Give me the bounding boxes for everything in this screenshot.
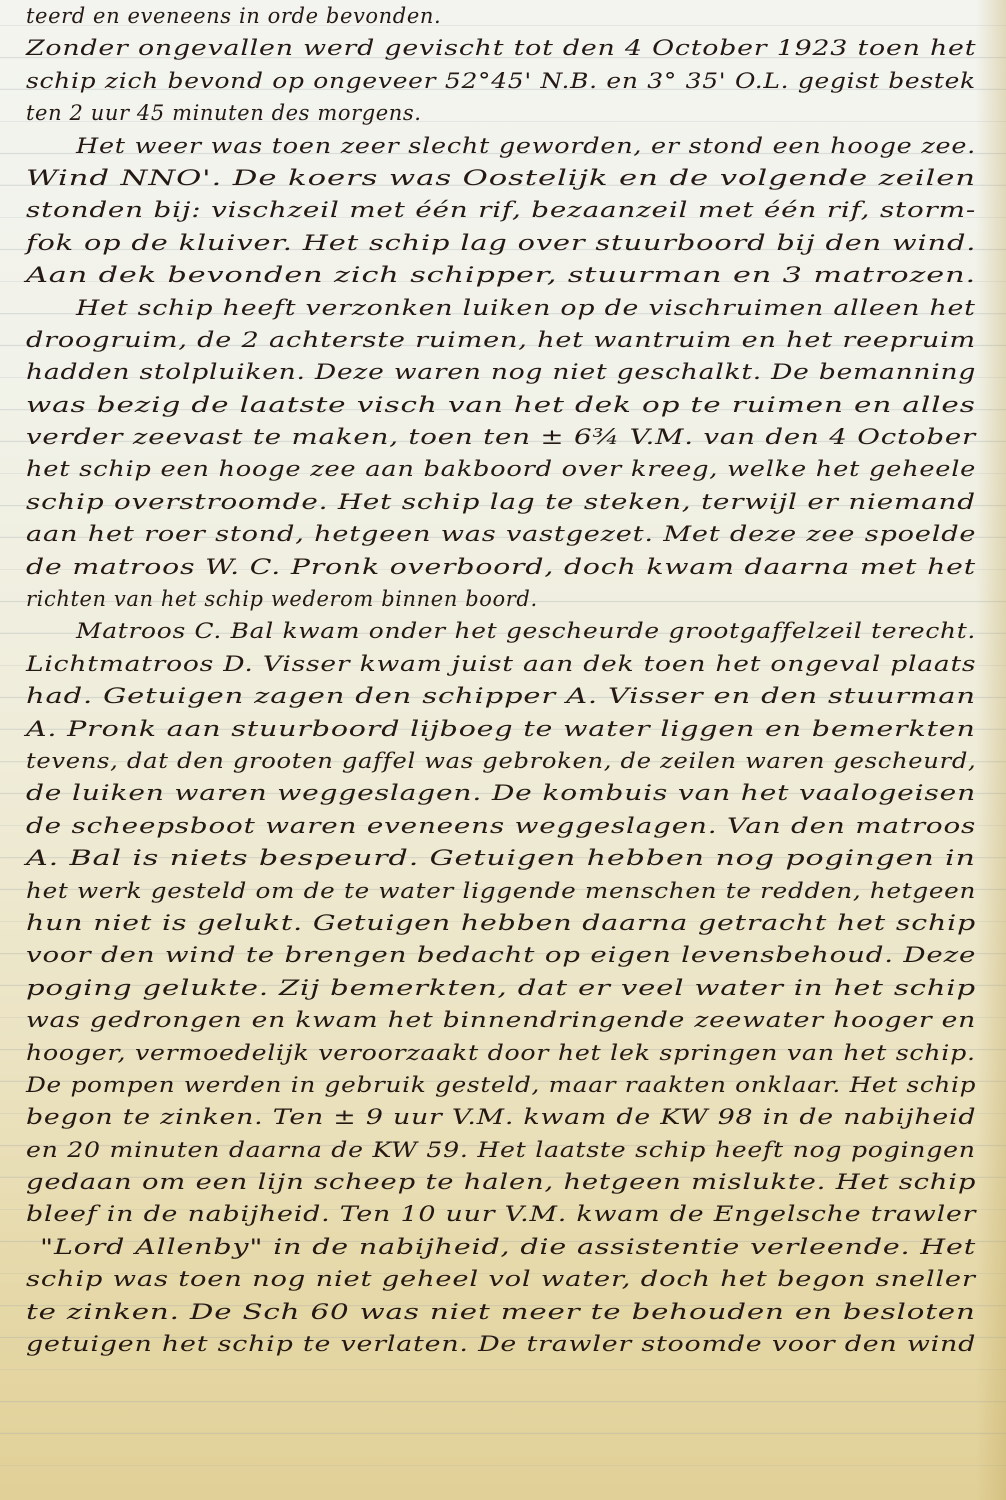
text-line: poging gelukte. Zij bemerkten, dat er ve… [26, 972, 986, 1004]
text-line: hadden stolpluiken. Deze waren nog niet … [26, 356, 986, 388]
text-line: Het weer was toen zeer slecht geworden, … [26, 130, 986, 162]
text-line: A. Bal is niets bespeurd. Getuigen hebbe… [26, 842, 986, 874]
text-line: Lichtmatroos D. Visser kwam juist aan de… [26, 648, 986, 680]
text-line: hooger, vermoedelijk veroorzaakt door he… [26, 1037, 986, 1069]
text-line: teerd en eveneens in orde bevonden. [26, 0, 986, 32]
text-line: hun niet is gelukt. Getuigen hebben daar… [26, 907, 986, 939]
text-line: de matroos W. C. Pronk overboord, doch k… [26, 551, 986, 583]
text-line: voor den wind te brengen bedacht op eige… [26, 939, 986, 971]
text-line: bleef in de nabijheid. Ten 10 uur V.M. k… [26, 1198, 986, 1230]
text-line: fok op de kluiver. Het schip lag over st… [26, 227, 986, 259]
text-line: had. Getuigen zagen den schipper A. Viss… [26, 680, 986, 712]
text-line: droogruim, de 2 achterste ruimen, het wa… [26, 324, 986, 356]
manuscript-page: teerd en eveneens in orde bevonden. Zond… [0, 0, 1006, 1500]
text-line: Aan dek bevonden zich schipper, stuurman… [26, 259, 986, 291]
text-line: en 20 minuten daarna de KW 59. Het laats… [26, 1134, 986, 1166]
text-line: te zinken. De Sch 60 was niet meer te be… [26, 1296, 986, 1328]
text-line: het schip een hooge zee aan bakboord ove… [26, 453, 986, 485]
text-line: Zonder ongevallen werd gevischt tot den … [26, 32, 986, 64]
text-line: gedaan om een lijn scheep te halen, hetg… [26, 1166, 986, 1198]
text-line: schip zich bevond op ongeveer 52°45' N.B… [26, 65, 986, 97]
text-line: de luiken waren weggeslagen. De kombuis … [26, 777, 986, 809]
text-line: was bezig de laatste visch van het dek o… [26, 389, 986, 421]
text-line: de scheepsboot waren eveneens weggeslage… [26, 810, 986, 842]
text-line: was gedrongen en kwam het binnendringend… [26, 1004, 986, 1036]
text-line: De pompen werden in gebruik gesteld, maa… [26, 1069, 986, 1101]
text-line: richten van het schip wederom binnen boo… [26, 583, 986, 615]
text-line: A. Pronk aan stuurboord lijboeg te water… [26, 713, 986, 745]
text-line: aan het roer stond, hetgeen was vastgeze… [26, 518, 986, 550]
text-line: getuigen het schip te verlaten. De trawl… [26, 1328, 986, 1360]
text-line: stonden bij: vischzeil met één rif, beza… [26, 194, 986, 226]
text-line: ten 2 uur 45 minuten des morgens. [26, 97, 986, 129]
text-line: Matroos C. Bal kwam onder het gescheurde… [26, 615, 986, 647]
text-line: "Lord Allenby" in de nabijheid, die assi… [26, 1231, 986, 1263]
text-line: schip was toen nog niet geheel vol water… [26, 1263, 986, 1295]
text-line: schip overstroomde. Het schip lag te ste… [26, 486, 986, 518]
text-line: verder zeevast te maken, toen ten ± 6¾ V… [26, 421, 986, 453]
handwritten-text-block: teerd en eveneens in orde bevonden. Zond… [26, 0, 986, 1360]
text-line: het werk gesteld om de te water liggende… [26, 875, 986, 907]
text-line: begon te zinken. Ten ± 9 uur V.M. kwam d… [26, 1101, 986, 1133]
text-line: tevens, dat den grooten gaffel was gebro… [26, 745, 986, 777]
text-line: Het schip heeft verzonken luiken op de v… [26, 292, 986, 324]
text-line: Wind NNO'. De koers was Oostelijk en de … [26, 162, 986, 194]
